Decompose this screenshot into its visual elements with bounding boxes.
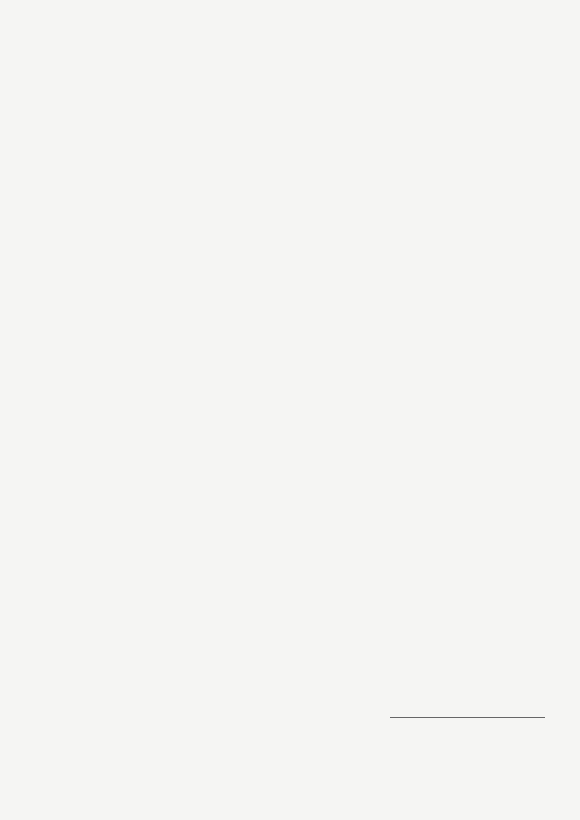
page-footer — [390, 717, 545, 720]
exam-content — [67, 42, 543, 46]
exam-page — [0, 0, 580, 820]
